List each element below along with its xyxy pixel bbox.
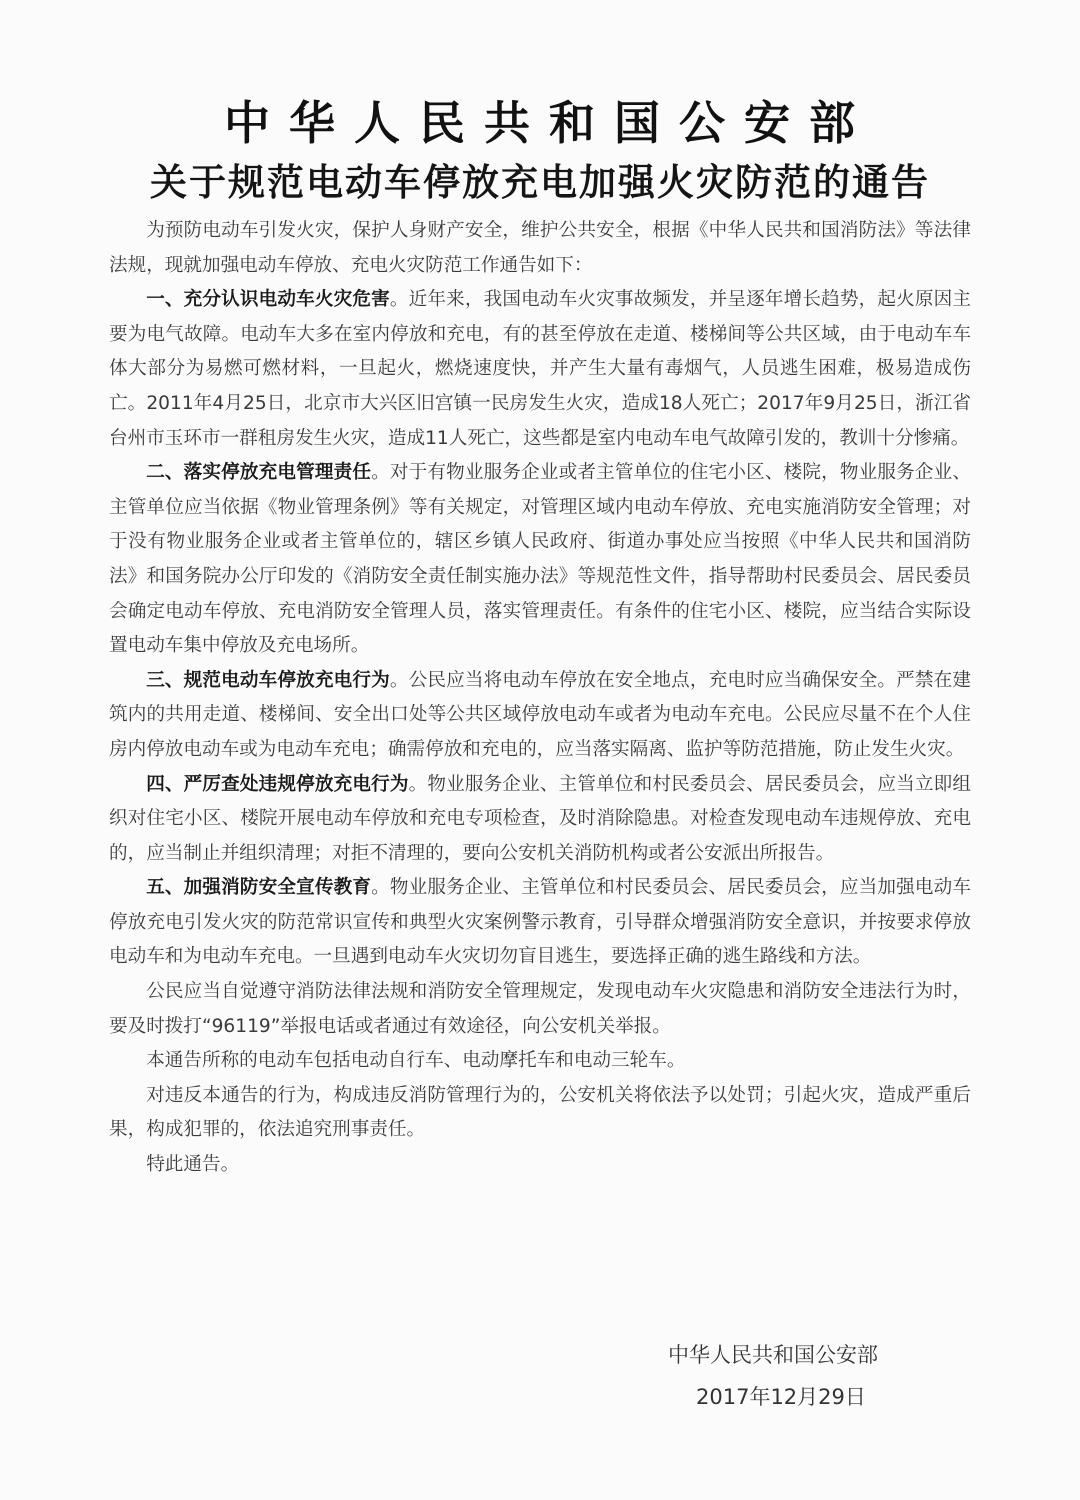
section-paragraph-4: 四、严厉查处违规停放充电行为。物业服务企业、主管单位和村民委员会、居民委员会，应… xyxy=(109,768,971,872)
section-paragraph-5: 五、加强消防安全宣传教育。物业服务企业、主管单位和村民委员会、居民委员会，应当加… xyxy=(109,871,971,975)
section-text-2: 。对于有物业服务企业或者主管单位的住宅小区、楼院，物业服务企业、主管单位应当依据… xyxy=(109,462,971,656)
document-issuer-title: 中华人民共和国公安部 xyxy=(18,92,1080,154)
document-page: 中华人民共和国公安部 关于规范电动车停放充电加强火灾防范的通告 为预防电动车引发… xyxy=(0,0,1080,1500)
section-heading-3: 三、规范电动车停放充电行为 xyxy=(146,670,390,691)
definition-paragraph: 本通告所称的电动车包括电动自行车、电动摩托车和电动三轮车。 xyxy=(109,1044,971,1079)
penalty-paragraph: 对违反本通告的行为，构成违反消防管理行为的，公安机关将依法予以处罚；引起火灾，造… xyxy=(109,1079,971,1148)
closing-phrase: 特此通告。 xyxy=(109,1148,971,1183)
signature-date: 2017年12月29日 xyxy=(696,1376,940,1418)
signature-block: 中华人民共和国公安部 2017年12月29日 xyxy=(640,1334,940,1418)
section-heading-1: 一、充分认识电动车火灾危害 xyxy=(146,289,390,310)
document-subject-title: 关于规范电动车停放充电加强火灾防范的通告 xyxy=(0,156,1080,208)
intro-paragraph: 为预防电动车引发火灾，保护人身财产安全，维护公共安全，根据《中华人民共和国消防法… xyxy=(109,214,971,283)
signature-organization: 中华人民共和国公安部 xyxy=(668,1334,940,1376)
section-heading-2: 二、落实停放充电管理责任 xyxy=(146,462,371,483)
document-body: 为预防电动车引发火灾，保护人身财产安全，维护公共安全，根据《中华人民共和国消防法… xyxy=(109,214,971,1183)
section-paragraph-3: 三、规范电动车停放充电行为。公民应当将电动车停放在安全地点，充电时应当确保安全。… xyxy=(109,664,971,768)
section-paragraph-1: 一、充分认识电动车火灾危害。近年来，我国电动车火灾事故频发，并呈逐年增长趋势，起… xyxy=(109,283,971,456)
title-block: 中华人民共和国公安部 关于规范电动车停放充电加强火灾防范的通告 xyxy=(0,92,1080,208)
reporting-paragraph: 公民应当自觉遵守消防法律法规和消防安全管理规定，发现电动车火灾隐患和消防安全违法… xyxy=(109,975,971,1044)
section-text-1: 。近年来，我国电动车火灾事故频发，并呈逐年增长趋势，起火原因主要为电气故障。电动… xyxy=(109,289,971,448)
section-heading-5: 五、加强消防安全宣传教育 xyxy=(146,877,371,898)
section-paragraph-2: 二、落实停放充电管理责任。对于有物业服务企业或者主管单位的住宅小区、楼院，物业服… xyxy=(109,456,971,664)
section-heading-4: 四、严厉查处违规停放充电行为 xyxy=(146,774,408,795)
